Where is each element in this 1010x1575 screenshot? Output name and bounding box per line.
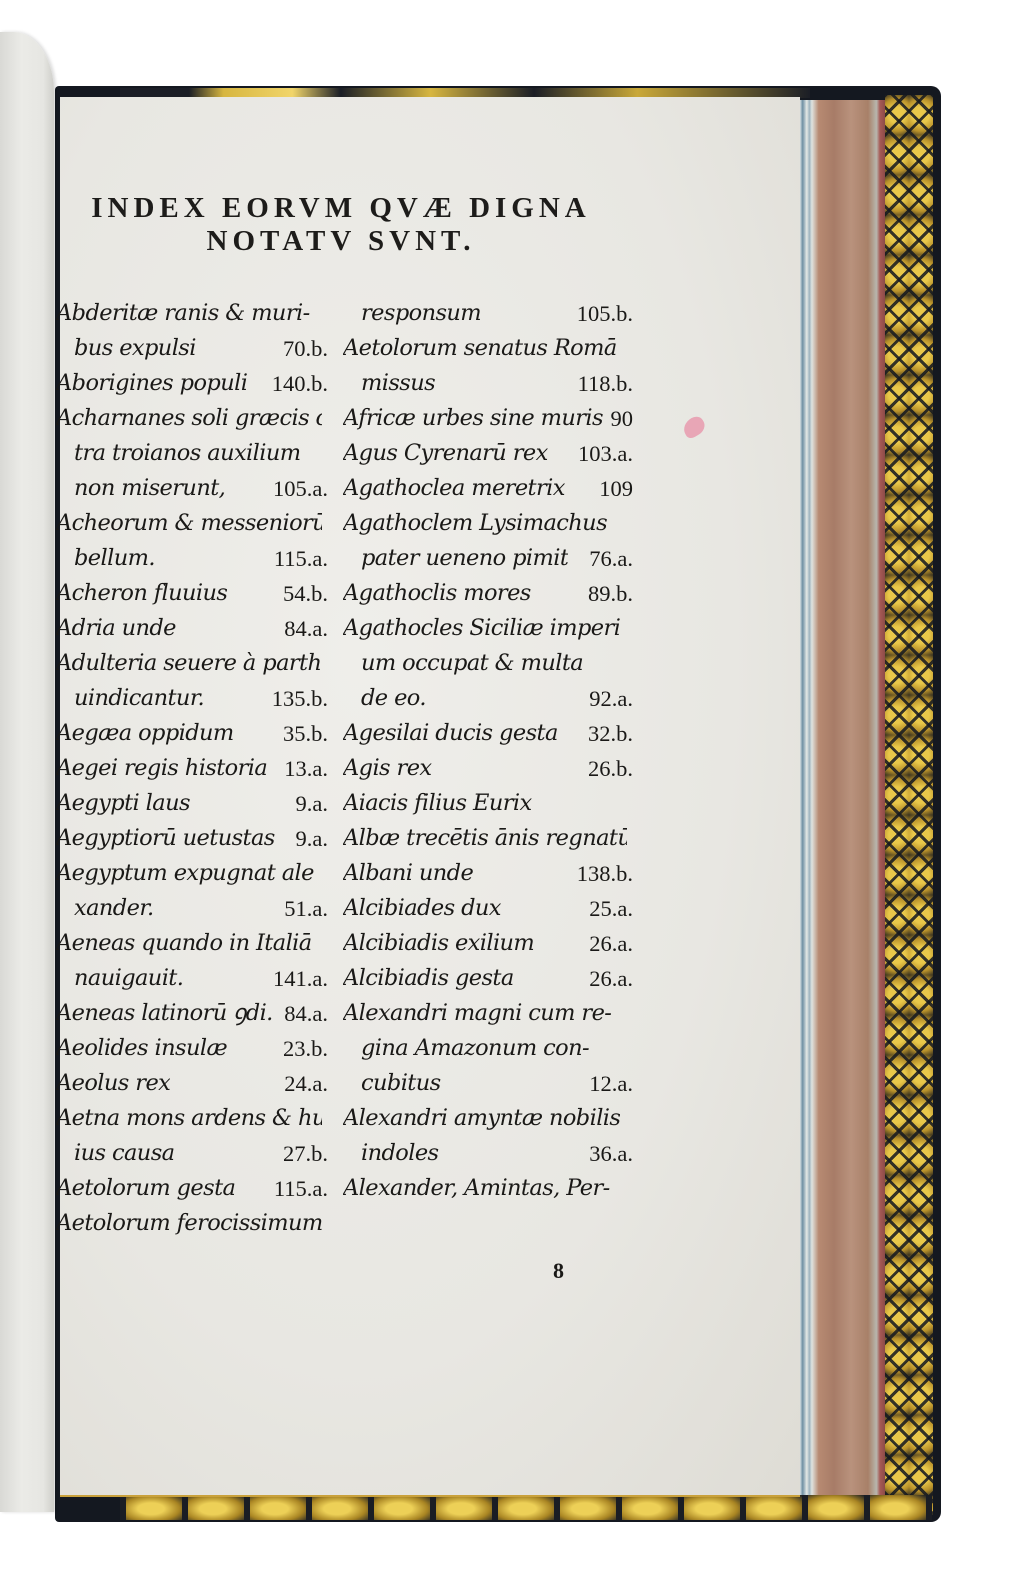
index-entry: um occupat & multa	[343, 646, 633, 681]
entry-page-ref: 27.b.	[277, 1136, 328, 1171]
entry-page-ref	[322, 646, 328, 681]
signature-mark: 8	[553, 1258, 564, 1284]
index-entry: Aegyptum expugnat ale	[56, 856, 328, 891]
entry-text: Aetolorum ferocissimum	[56, 1206, 322, 1241]
entry-text: Agis rex	[343, 751, 432, 786]
entry-text: bus expulsi	[74, 331, 196, 366]
entry-text: Acharnanes soli græcis con	[56, 401, 322, 436]
entry-text: Aborigines populi	[56, 366, 247, 401]
entry-text: Agathoclis mores	[343, 576, 531, 611]
index-entry: non miserunt,105.a.	[56, 471, 328, 506]
index-entry: pater ueneno pimit76.a.	[343, 541, 633, 576]
entry-page-ref	[627, 996, 633, 1031]
entry-text: Agathoclem Lysimachus	[343, 506, 607, 541]
entry-page-ref: 115.a.	[268, 1171, 328, 1206]
entry-text: Abderitæ ranis & muri-	[56, 296, 310, 331]
facing-left-page	[0, 32, 54, 1512]
entry-text: indoles	[361, 1136, 439, 1171]
gilt-border-right	[885, 95, 933, 1515]
title-line-2: NOTATV SVNT.	[56, 225, 626, 258]
entry-page-ref	[627, 1171, 633, 1206]
entry-text: gina Amazonum con-	[361, 1031, 589, 1066]
entry-text: de eo.	[361, 681, 426, 716]
index-entry: responsum105.b.	[343, 296, 633, 331]
entry-page-ref: 105.a.	[267, 471, 328, 506]
entry-text: Alexander, Amintas, Per-	[343, 1171, 610, 1206]
entry-text: cubitus	[361, 1066, 441, 1101]
index-column-left: Abderitæ ranis & muri-bus expulsi70.b.Ab…	[56, 296, 328, 1241]
index-entry: Albæ trecētis ānis regnatū	[343, 821, 633, 856]
entry-text: Alcibiades dux	[343, 891, 501, 926]
entry-page-ref: 9.a.	[290, 821, 329, 856]
entry-page-ref	[322, 856, 328, 891]
entry-page-ref	[322, 296, 328, 331]
entry-text: tra troianos auxilium	[74, 436, 300, 471]
entry-text: xander.	[74, 891, 154, 926]
entry-text: Acheron fluuius	[56, 576, 227, 611]
entry-page-ref: 135.b.	[266, 681, 328, 716]
index-entry: Aegei regis historia13.a.	[56, 751, 328, 786]
index-entry: Acheron fluuius54.b.	[56, 576, 328, 611]
entry-page-ref: 32.b.	[582, 716, 633, 751]
page-title: INDEX EORVM QVÆ DIGNA NOTATV SVNT.	[56, 192, 626, 258]
entry-page-ref	[322, 1101, 328, 1136]
index-entry: Aiacis filius Eurix	[343, 786, 633, 821]
index-entry: Alcibiadis gesta26.a.	[343, 961, 633, 996]
entry-page-ref: 26.a.	[583, 961, 633, 996]
entry-text: Acheorum & messeniorū	[56, 506, 322, 541]
index-entry: indoles36.a.	[343, 1136, 633, 1171]
entry-page-ref: 109	[593, 471, 633, 506]
entry-page-ref: 92.a.	[583, 681, 633, 716]
gilt-border-bottom	[120, 1495, 932, 1520]
index-entry: Aeolides insulæ23.b.	[56, 1031, 328, 1066]
page-fore-edge	[800, 100, 885, 1495]
index-entry: xander.51.a.	[56, 891, 328, 926]
index-entry: Aegæa oppidum35.b.	[56, 716, 328, 751]
entry-text: Aegei regis historia	[56, 751, 267, 786]
index-entry: Aegypti laus9.a.	[56, 786, 328, 821]
entry-page-ref	[627, 331, 633, 366]
entry-text: Agesilai ducis gesta	[343, 716, 558, 751]
entry-text: Aetolorum senatus Romā	[343, 331, 617, 366]
entry-page-ref	[322, 506, 328, 541]
entry-page-ref: 70.b.	[277, 331, 328, 366]
entry-page-ref: 89.b.	[582, 576, 633, 611]
entry-page-ref	[627, 786, 633, 821]
entry-page-ref: 115.a.	[268, 541, 328, 576]
index-entry: Adria unde84.a.	[56, 611, 328, 646]
title-line-1: INDEX EORVM QVÆ DIGNA	[56, 192, 626, 225]
index-entry: uindicantur.135.b.	[56, 681, 328, 716]
index-entry: Agus Cyrenarū rex103.a.	[343, 436, 633, 471]
entry-page-ref: 84.a.	[278, 996, 328, 1031]
entry-text: Agathoclea meretrix	[343, 471, 565, 506]
index-entry: Albani unde138.b.	[343, 856, 633, 891]
entry-page-ref: 54.b.	[277, 576, 328, 611]
entry-page-ref: 118.b.	[572, 366, 633, 401]
entry-text: Alexandri magni cum re-	[343, 996, 611, 1031]
index-entry: Agesilai ducis gesta32.b.	[343, 716, 633, 751]
index-entry: gina Amazonum con-	[343, 1031, 633, 1066]
entry-page-ref: 105.b.	[571, 296, 633, 331]
entry-text: Africæ urbes sine muris	[343, 401, 603, 436]
entry-page-ref: 12.a.	[583, 1066, 633, 1101]
entry-text: Agathocles Siciliæ imperi	[343, 611, 620, 646]
entry-text: nauigauit.	[74, 961, 183, 996]
index-entry: Agathoclem Lysimachus	[343, 506, 633, 541]
index-entry: Aeneas quando in Italiā	[56, 926, 328, 961]
entry-page-ref	[627, 821, 633, 856]
index-entry: ius causa27.b.	[56, 1136, 328, 1171]
entry-text: Aeneas latinorū ꝯdi.	[56, 996, 273, 1031]
entry-text: Agus Cyrenarū rex	[343, 436, 548, 471]
entry-text: Aetolorum gesta	[56, 1171, 235, 1206]
entry-text: Alcibiadis exilium	[343, 926, 534, 961]
entry-page-ref	[627, 1101, 633, 1136]
entry-page-ref: 84.a.	[278, 611, 328, 646]
index-entry: nauigauit.141.a.	[56, 961, 328, 996]
entry-text: Aetna mons ardens & hu	[56, 1101, 322, 1136]
index-entry: Adulteria seuere à parthis	[56, 646, 328, 681]
entry-text: Albani unde	[343, 856, 473, 891]
entry-text: Adulteria seuere à parthis	[56, 646, 322, 681]
entry-page-ref: 51.a.	[278, 891, 328, 926]
entry-text: Aegæa oppidum	[56, 716, 234, 751]
index-entry: Agathoclea meretrix109	[343, 471, 633, 506]
entry-text: um occupat & multa	[361, 646, 583, 681]
index-entry: Alexander, Amintas, Per-	[343, 1171, 633, 1206]
entry-page-ref	[627, 506, 633, 541]
entry-page-ref: 25.a.	[583, 891, 633, 926]
entry-text: Adria unde	[56, 611, 176, 646]
index-entry: Agis rex26.b.	[343, 751, 633, 786]
index-column-right: responsum105.b.Aetolorum senatus Romāmis…	[343, 296, 633, 1206]
entry-text: responsum	[361, 296, 481, 331]
entry-text: Alcibiadis gesta	[343, 961, 514, 996]
index-entry: Aegyptiorū uetustas9.a.	[56, 821, 328, 856]
entry-page-ref: 23.b.	[277, 1031, 328, 1066]
index-entry: missus118.b.	[343, 366, 633, 401]
index-entry: Alcibiadis exilium26.a.	[343, 926, 633, 961]
entry-page-ref	[322, 1206, 328, 1241]
entry-page-ref	[322, 401, 328, 436]
index-entry: tra troianos auxilium	[56, 436, 328, 471]
entry-text: ius causa	[74, 1136, 174, 1171]
entry-text: Albæ trecētis ānis regnatū	[343, 821, 627, 856]
index-entry: Aetolorum ferocissimum	[56, 1206, 328, 1241]
index-entry: Africæ urbes sine muris90	[343, 401, 633, 436]
entry-page-ref: 35.b.	[277, 716, 328, 751]
index-entry: Agathocles Siciliæ imperi	[343, 611, 633, 646]
index-entry: de eo.92.a.	[343, 681, 633, 716]
index-entry: Agathoclis mores89.b.	[343, 576, 633, 611]
entry-page-ref: 36.a.	[583, 1136, 633, 1171]
entry-page-ref	[322, 926, 328, 961]
entry-text: Aegyptiorū uetustas	[56, 821, 275, 856]
index-entry: Aetna mons ardens & hu	[56, 1101, 328, 1136]
entry-page-ref	[627, 646, 633, 681]
entry-page-ref: 76.a.	[583, 541, 633, 576]
index-entry: cubitus12.a.	[343, 1066, 633, 1101]
entry-text: Aeolus rex	[56, 1066, 170, 1101]
entry-text: Aegypti laus	[56, 786, 190, 821]
index-entry: Aetolorum gesta115.a.	[56, 1171, 328, 1206]
entry-page-ref: 141.a.	[267, 961, 328, 996]
index-entry: Alcibiades dux25.a.	[343, 891, 633, 926]
index-entry: Alexandri amyntæ nobilis	[343, 1101, 633, 1136]
index-entry: Aetolorum senatus Romā	[343, 331, 633, 366]
entry-page-ref: 13.a.	[278, 751, 328, 786]
index-entry: Aeolus rex24.a.	[56, 1066, 328, 1101]
entry-page-ref: 26.b.	[582, 751, 633, 786]
entry-page-ref	[627, 1031, 633, 1066]
entry-page-ref	[322, 436, 328, 471]
entry-text: Aeolides insulæ	[56, 1031, 227, 1066]
entry-text: non miserunt,	[74, 471, 225, 506]
entry-page-ref: 90	[605, 401, 634, 436]
index-entry: Abderitæ ranis & muri-	[56, 296, 328, 331]
entry-page-ref: 24.a.	[278, 1066, 328, 1101]
entry-page-ref: 103.a.	[572, 436, 633, 471]
entry-text: Aegyptum expugnat ale	[56, 856, 314, 891]
index-entry: Alexandri magni cum re-	[343, 996, 633, 1031]
entry-text: Alexandri amyntæ nobilis	[343, 1101, 620, 1136]
index-entry: Acharnanes soli græcis con	[56, 401, 328, 436]
entry-text: bellum.	[74, 541, 155, 576]
entry-text: Aeneas quando in Italiā	[56, 926, 312, 961]
index-entry: bellum.115.a.	[56, 541, 328, 576]
entry-page-ref: 140.b.	[266, 366, 328, 401]
entry-text: pater ueneno pimit	[361, 541, 568, 576]
index-entry: Acheorum & messeniorū	[56, 506, 328, 541]
entry-text: uindicantur.	[74, 681, 204, 716]
index-entry: Aborigines populi140.b.	[56, 366, 328, 401]
entry-page-ref	[627, 611, 633, 646]
index-entry: bus expulsi70.b.	[56, 331, 328, 366]
index-entry: Aeneas latinorū ꝯdi.84.a.	[56, 996, 328, 1031]
entry-page-ref: 138.b.	[571, 856, 633, 891]
entry-text: Aiacis filius Eurix	[343, 786, 532, 821]
entry-text: missus	[361, 366, 435, 401]
entry-page-ref: 26.a.	[583, 926, 633, 961]
entry-page-ref: 9.a.	[290, 786, 329, 821]
